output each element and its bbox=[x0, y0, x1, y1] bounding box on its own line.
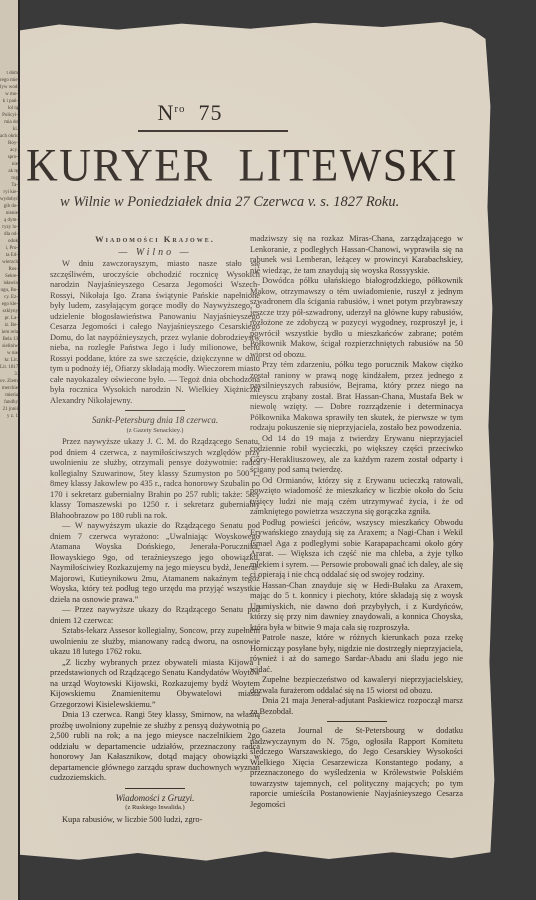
adjacent-page-line: Roy- bbox=[0, 140, 18, 147]
adjacent-page-line: w mo- bbox=[0, 91, 18, 98]
separator-rule bbox=[125, 788, 185, 789]
article-paragraph: madziwszy się na rozkaz Miras-Chana, zar… bbox=[250, 234, 463, 276]
dateline-subtitle: w Wilnie w Poniedziałek dnia 27 Czerwca … bbox=[60, 194, 399, 211]
adjacent-page-line: ki. bbox=[0, 126, 18, 133]
adjacent-page-strip: t dómrego mie-lyw wod-w mo-k i pań-lol t… bbox=[0, 0, 20, 900]
adjacent-page-line: ryzy lo- bbox=[0, 224, 18, 231]
adjacent-page-line: ryi kie- bbox=[0, 189, 18, 196]
adjacent-page-line: lyw wod- bbox=[0, 84, 18, 91]
adjacent-page-line: rog bbox=[0, 175, 18, 182]
adjacent-page-line: dla od- bbox=[0, 231, 18, 238]
adjacent-page-line: spro- bbox=[0, 154, 18, 161]
adjacent-page-line: nie bbox=[0, 161, 18, 168]
article-paragraph: Podług powieści jeńców, wszyscy mieszkań… bbox=[250, 518, 463, 581]
separator-rule bbox=[327, 721, 387, 722]
article-paragraph: Kupa rabusiów, w liczbie 500 ludzi, zgro… bbox=[50, 815, 260, 826]
adjacent-page-line: ą dym- bbox=[0, 217, 18, 224]
adjacent-page-line: wierzch bbox=[0, 259, 18, 266]
adjacent-page-line: rego mie- bbox=[0, 77, 18, 84]
newspaper-page: Nro 75 KURYER LITEWSKI w Wilnie w Ponied… bbox=[20, 22, 510, 864]
adjacent-page-line: iem rela bbox=[0, 329, 18, 336]
article-paragraph: Od Ormianów, którzy się z Erywanu uciecz… bbox=[250, 476, 463, 518]
article-paragraph: Hassan-Chan znayduje się w Hedi-Bułaku z… bbox=[250, 581, 463, 634]
adjacent-page-line: 3. bbox=[0, 371, 18, 378]
adjacent-page-line: iz. Be- bbox=[0, 322, 18, 329]
adjacent-page-line: ak tę bbox=[0, 168, 18, 175]
adjacent-page-line: Lit. 1817 bbox=[0, 364, 18, 371]
article-paragraph: „Z liczby wybranych przez obywateli mias… bbox=[50, 658, 260, 711]
article-paragraph: Dowódca półku ułańskiego białogrodzkiego… bbox=[250, 276, 463, 360]
adjacent-page-line: t dóm bbox=[0, 70, 18, 77]
article-paragraph: — Przez naywyższe ukazy do Rządzącego Se… bbox=[50, 605, 260, 626]
source-note: (z Ruskiego Inwalida.) bbox=[50, 803, 260, 814]
article-paragraph: Zupełne bezpieczeństwo od kawaleryi niep… bbox=[250, 675, 463, 696]
adjacent-page-line: Ta- bbox=[0, 182, 18, 189]
adjacent-page-line: Bela 13 bbox=[0, 336, 18, 343]
article-paragraph: Dnia 13 czerwca. Rangi 5tey klassy, Smir… bbox=[50, 710, 260, 784]
issue-number: Nro 75 bbox=[20, 100, 360, 126]
adjacent-page-line: fandhy bbox=[0, 399, 18, 406]
adjacent-page-line: acy. bbox=[0, 147, 18, 154]
article-paragraph: Sztabs-lekarz Assesor kollegialny, Sonco… bbox=[50, 626, 260, 658]
adjacent-page-line: ego kle- bbox=[0, 301, 18, 308]
adjacent-page-line: odok bbox=[0, 238, 18, 245]
newspaper-title: KURYER LITEWSKI bbox=[26, 139, 496, 193]
adjacent-page-line: ta Ed- bbox=[0, 252, 18, 259]
adjacent-page-line: ugu, Bo- bbox=[0, 287, 18, 294]
adjacent-page-line: wydobyć bbox=[0, 196, 18, 203]
separator-rule bbox=[125, 410, 185, 411]
adjacent-page-line: i, Pro- bbox=[0, 245, 18, 252]
adjacent-page-line: merchie bbox=[0, 385, 18, 392]
adjacent-page-line: lol tą bbox=[0, 105, 18, 112]
source-note: (z Gazety Senackiey.) bbox=[50, 426, 260, 437]
adjacent-page-text: t dómrego mie-lyw wod-w mo-k i pań-lol t… bbox=[0, 0, 18, 420]
article-paragraph: Patrole nasze, które w różnych kierunkac… bbox=[250, 633, 463, 675]
adjacent-page-line: sieliniw bbox=[0, 343, 18, 350]
adjacent-page-line: cy. Ez- bbox=[0, 294, 18, 301]
adjacent-page-line: mia do bbox=[0, 119, 18, 126]
adjacent-page-line: ach okrio bbox=[0, 133, 18, 140]
article-paragraph: Dnia 21 maja Jenerał-adjutant Paskiewicz… bbox=[250, 696, 463, 717]
adjacent-page-line: mieria bbox=[0, 392, 18, 399]
adjacent-page-line: gib do- bbox=[0, 203, 18, 210]
adjacent-page-line: w nie bbox=[0, 350, 18, 357]
article-paragraph: Przez naywyższe ukazy J. C. M. do Rządzą… bbox=[50, 437, 260, 521]
adjacent-page-line: y z. 1 bbox=[0, 413, 18, 420]
article-paragraph: Przy tém zdarzeniu, półku tego porucznik… bbox=[250, 360, 463, 434]
adjacent-page-line: Sekre- bbox=[0, 273, 18, 280]
article-paragraph: W dniu zawczorayszym, miasto nasze stało… bbox=[50, 259, 260, 406]
adjacent-page-line: kr. Lit. bbox=[0, 357, 18, 364]
adjacent-page-line: Policyi- bbox=[0, 112, 18, 119]
article-paragraph: Gazeta Journal de St-Petersbourg w dodat… bbox=[250, 726, 463, 810]
section-heading: Wiadomości Krajowe. bbox=[50, 234, 260, 245]
article-paragraph: — W naywyższym ukazie do Rządzącego Sena… bbox=[50, 521, 260, 605]
adjacent-page-line: nienie bbox=[0, 210, 18, 217]
city-heading: — Wilno — bbox=[50, 248, 260, 259]
adjacent-page-line: szklyny bbox=[0, 308, 18, 315]
adjacent-page-line: k i pań- bbox=[0, 98, 18, 105]
article-paragraph: Od 14 do 19 maja z twierdzy Erywanu niep… bbox=[250, 434, 463, 476]
right-column: madziwszy się na rozkaz Miras-Chana, zar… bbox=[250, 234, 463, 810]
left-column: Wiadomości Krajowe. — Wilno — W dniu zaw… bbox=[50, 234, 260, 825]
adjacent-page-line: ov. Ziem. bbox=[0, 378, 18, 385]
adjacent-page-line: pr. La- bbox=[0, 315, 18, 322]
adjacent-page-line: isławin bbox=[0, 280, 18, 287]
adjacent-page-line: Ros- bbox=[0, 266, 18, 273]
dateline-heading: Wiadomości z Gruzyi. bbox=[50, 793, 260, 804]
adjacent-page-line: 21 jnnii bbox=[0, 406, 18, 413]
masthead-rule-top bbox=[138, 130, 288, 132]
dateline-heading: Sankt-Petersburg dnia 18 czerwca. bbox=[50, 415, 260, 426]
